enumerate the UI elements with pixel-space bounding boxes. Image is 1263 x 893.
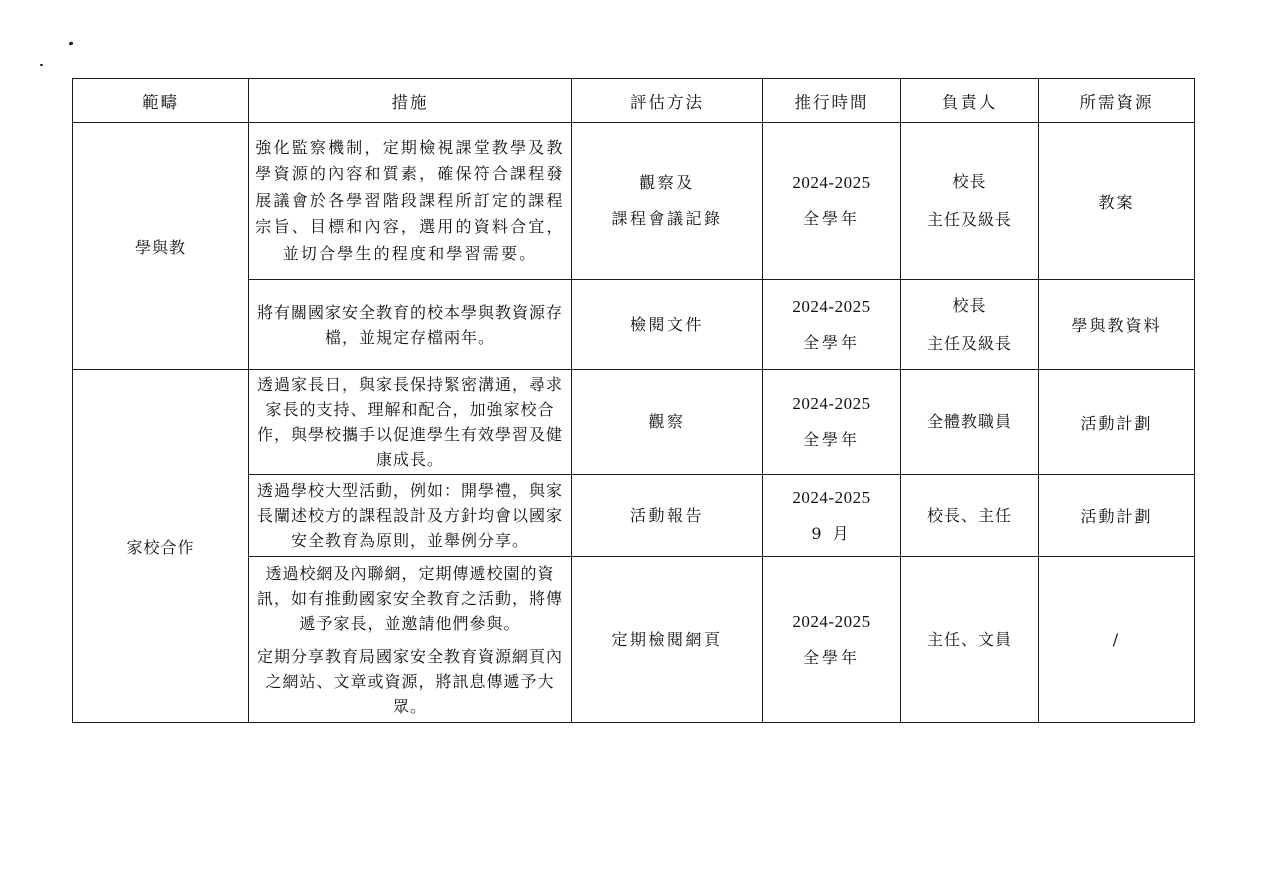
owner-text: 校長 <box>901 163 1038 201</box>
evaluation-text: 觀察及 <box>572 165 762 201</box>
timeline-cell: 2024-2025 全學年 <box>763 370 901 475</box>
evaluation-cell: 活動報告 <box>572 475 763 557</box>
evaluation-cell: 檢閱文件 <box>572 280 763 370</box>
table-row: 學與教 強化監察機制，定期檢視課堂教學及教學資源的內容和質素，確保符合課程發展議… <box>73 123 1195 280</box>
timeline-period: 9 月 <box>763 516 900 552</box>
owner-cell: 主任、文員 <box>901 557 1039 723</box>
owner-cell: 全體教職員 <box>901 370 1039 475</box>
header-evaluation: 評估方法 <box>572 79 763 123</box>
timeline-cell: 2024-2025 全學年 <box>763 280 901 370</box>
scan-speck <box>69 41 74 45</box>
timeline-year: 2024-2025 <box>763 289 900 325</box>
header-resources: 所需資源 <box>1039 79 1195 123</box>
timeline-year: 2024-2025 <box>763 604 900 640</box>
owner-cell: 校長 主任及級長 <box>901 280 1039 370</box>
header-owner: 負責人 <box>901 79 1039 123</box>
owner-text: 校長、主任 <box>901 497 1038 535</box>
measure-cell: 透過校網及內聯網，定期傳遞校園的資訊，如有推動國家安全教育之活動，將傳遞予家長，… <box>249 557 572 723</box>
measure-text: 透過學校大型活動，例如：開學禮，與家長闡述校方的課程設計及方針均會以國家安全教育… <box>249 478 571 553</box>
resources-cell: 活動計劃 <box>1039 475 1195 557</box>
header-category: 範疇 <box>73 79 249 123</box>
evaluation-text: 觀察 <box>572 404 762 440</box>
timeline-period: 全學年 <box>763 640 900 676</box>
measure-text: 透過家長日，與家長保持緊密溝通，尋求家長的支持、理解和配合，加強家校合作，與學校… <box>249 372 571 472</box>
category-cell: 學與教 <box>73 123 249 370</box>
evaluation-text: 課程會議記錄 <box>572 201 762 237</box>
measure-text: 透過校網及內聯網，定期傳遞校園的資訊，如有推動國家安全教育之活動，將傳遞予家長，… <box>249 561 571 636</box>
evaluation-cell: 觀察及 課程會議記錄 <box>572 123 763 280</box>
header-measure: 措施 <box>249 79 572 123</box>
timeline-year: 2024-2025 <box>763 165 900 201</box>
owner-cell: 校長 主任及級長 <box>901 123 1039 280</box>
scan-speck <box>40 64 43 66</box>
measure-text: 強化監察機制，定期檢視課堂教學及教學資源的內容和質素，確保符合課程發展議會於各學… <box>249 135 571 268</box>
owner-text: 主任及級長 <box>901 201 1038 239</box>
resources-text: 教案 <box>1098 193 1134 212</box>
evaluation-text: 檢閱文件 <box>572 307 762 343</box>
owner-text: 校長 <box>901 287 1038 325</box>
measure-cell: 強化監察機制，定期檢視課堂教學及教學資源的內容和質素，確保符合課程發展議會於各學… <box>249 123 572 280</box>
measure-cell: 透過學校大型活動，例如：開學禮，與家長闡述校方的課程設計及方針均會以國家安全教育… <box>249 475 572 557</box>
resources-cell: 活動計劃 <box>1039 370 1195 475</box>
measure-text: 定期分享教育局國家安全教育資源網頁內之網站、文章或資源，將訊息傳遞予大眾。 <box>249 644 571 719</box>
measure-cell: 透過家長日，與家長保持緊密溝通，尋求家長的支持、理解和配合，加強家校合作，與學校… <box>249 370 572 475</box>
timeline-cell: 2024-2025 全學年 <box>763 557 901 723</box>
timeline-period: 全學年 <box>763 422 900 458</box>
owner-cell: 校長、主任 <box>901 475 1039 557</box>
owner-text: 主任及級長 <box>901 325 1038 363</box>
timeline-period: 全學年 <box>763 325 900 361</box>
plan-table: 範疇 措施 評估方法 推行時間 負責人 所需資源 學與教 強化監察機制，定期檢視… <box>72 78 1195 723</box>
timeline-cell: 2024-2025 全學年 <box>763 123 901 280</box>
resources-cell: 教案 <box>1039 123 1195 280</box>
resources-cell: 學與教資料 <box>1039 280 1195 370</box>
header-row: 範疇 措施 評估方法 推行時間 負責人 所需資源 <box>73 79 1195 123</box>
category-cell: 家校合作 <box>73 370 249 723</box>
resources-text: 活動計劃 <box>1080 507 1152 526</box>
evaluation-cell: 定期檢閱網頁 <box>572 557 763 723</box>
timeline-period: 全學年 <box>763 201 900 237</box>
resources-cell: / <box>1039 557 1195 723</box>
evaluation-text: 活動報告 <box>572 498 762 534</box>
evaluation-cell: 觀察 <box>572 370 763 475</box>
resources-text: 活動計劃 <box>1080 414 1152 433</box>
header-timeline: 推行時間 <box>763 79 901 123</box>
owner-text: 全體教職員 <box>901 403 1038 441</box>
timeline-year: 2024-2025 <box>763 386 900 422</box>
measure-text: 將有關國家安全教育的校本學與教資源存檔，並規定存檔兩年。 <box>249 300 571 350</box>
evaluation-text: 定期檢閱網頁 <box>572 622 762 658</box>
timeline-year: 2024-2025 <box>763 480 900 516</box>
table-row: 家校合作 透過家長日，與家長保持緊密溝通，尋求家長的支持、理解和配合，加強家校合… <box>73 370 1195 475</box>
resources-text: 學與教資料 <box>1071 316 1161 335</box>
measure-cell: 將有關國家安全教育的校本學與教資源存檔，並規定存檔兩年。 <box>249 280 572 370</box>
timeline-cell: 2024-2025 9 月 <box>763 475 901 557</box>
resources-text: / <box>1113 630 1120 649</box>
owner-text: 主任、文員 <box>901 621 1038 659</box>
